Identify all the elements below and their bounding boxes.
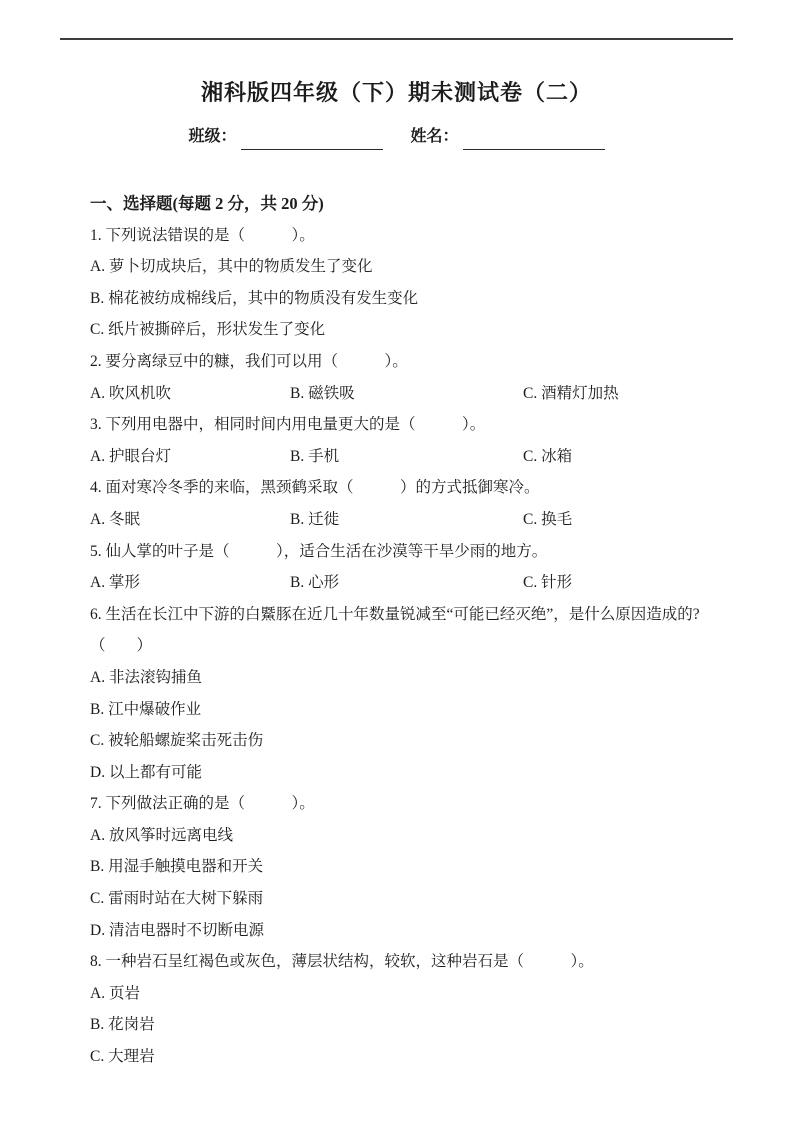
option-item: C. 雷雨时站在大树下躲雨 — [90, 883, 733, 915]
option-item: A. 冬眠 — [90, 504, 290, 536]
question-5: 5. 仙人掌的叶子是（ ），适合生活在沙漠等干旱少雨的地方。 A. 掌形 B. … — [90, 536, 733, 599]
option-item: C. 纸片被撕碎后，形状发生了变化 — [90, 314, 733, 346]
option-item: A. 吹风机吹 — [90, 378, 290, 410]
question-stem: 1. 下列说法错误的是（ ）。 — [90, 220, 733, 252]
option-row: A. 吹风机吹 B. 磁铁吸 C. 酒精灯加热 — [90, 378, 733, 410]
question-stem: 2. 要分离绿豆中的糠，我们可以用（ ）。 — [90, 346, 733, 378]
question-6: 6. 生活在长江中下游的白鱀豚在近几十年数量锐减至“可能已经灭绝”，是什么原因造… — [90, 599, 733, 789]
question-8: 8. 一种岩石呈红褐色或灰色，薄层状结构，较软，这种岩石是（ ）。 A. 页岩 … — [90, 946, 733, 1072]
option-row: A. 冬眠 B. 迁徙 C. 换毛 — [90, 504, 733, 536]
question-stem: 8. 一种岩石呈红褐色或灰色，薄层状结构，较软，这种岩石是（ ）。 — [90, 946, 733, 978]
option-item: A. 掌形 — [90, 567, 290, 599]
option-item: B. 用湿手触摸电器和开关 — [90, 851, 733, 883]
student-info-row: 班级： 姓名： — [0, 124, 793, 150]
option-item: A. 页岩 — [90, 978, 733, 1010]
class-blank-line — [241, 129, 383, 150]
option-item: C. 换毛 — [523, 504, 733, 536]
option-item: A. 萝卜切成块后，其中的物质发生了变化 — [90, 251, 733, 283]
question-stem: 3. 下列用电器中，相同时间内用电量更大的是（ ）。 — [90, 409, 733, 441]
option-item: B. 手机 — [290, 441, 523, 473]
question-stem: 4. 面对寒冷冬季的来临，黑颈鹤采取（ ）的方式抵御寒冷。 — [90, 472, 733, 504]
option-row: A. 掌形 B. 心形 C. 针形 — [90, 567, 733, 599]
name-label: 姓名： — [411, 124, 459, 150]
question-1: 1. 下列说法错误的是（ ）。 A. 萝卜切成块后，其中的物质发生了变化 B. … — [90, 220, 733, 346]
option-item: D. 清洁电器时不切断电源 — [90, 915, 733, 947]
class-field: 班级： — [188, 124, 382, 150]
option-item: B. 心形 — [290, 567, 523, 599]
option-item: C. 针形 — [523, 567, 733, 599]
option-item: C. 被轮船螺旋桨击死击伤 — [90, 725, 733, 757]
option-item: C. 大理岩 — [90, 1041, 733, 1073]
option-item: B. 花岗岩 — [90, 1009, 733, 1041]
question-2: 2. 要分离绿豆中的糠，我们可以用（ ）。 A. 吹风机吹 B. 磁铁吸 C. … — [90, 346, 733, 409]
option-item: B. 江中爆破作业 — [90, 694, 733, 726]
page-top-rule — [60, 38, 733, 40]
question-stem: 7. 下列做法正确的是（ ）。 — [90, 788, 733, 820]
test-body: 一、选择题(每题 2 分，共 20 分) 1. 下列说法错误的是（ ）。 A. … — [90, 188, 733, 1073]
option-row: A. 护眼台灯 B. 手机 C. 冰箱 — [90, 441, 733, 473]
page-title: 湘科版四年级（下）期未测试卷（二） — [0, 78, 793, 108]
option-item: B. 迁徙 — [290, 504, 523, 536]
question-stem: 5. 仙人掌的叶子是（ ），适合生活在沙漠等干旱少雨的地方。 — [90, 536, 733, 568]
name-blank-line — [463, 129, 605, 150]
option-item: A. 护眼台灯 — [90, 441, 290, 473]
class-label: 班级： — [188, 124, 236, 150]
option-item: B. 棉花被纺成棉线后，其中的物质没有发生变化 — [90, 283, 733, 315]
question-3: 3. 下列用电器中，相同时间内用电量更大的是（ ）。 A. 护眼台灯 B. 手机… — [90, 409, 733, 472]
question-stem: 6. 生活在长江中下游的白鱀豚在近几十年数量锐减至“可能已经灭绝”，是什么原因造… — [90, 599, 733, 662]
option-item: A. 放风筝时远离电线 — [90, 820, 733, 852]
section-heading: 一、选择题(每题 2 分，共 20 分) — [90, 188, 733, 220]
question-7: 7. 下列做法正确的是（ ）。 A. 放风筝时远离电线 B. 用湿手触摸电器和开… — [90, 788, 733, 946]
question-4: 4. 面对寒冷冬季的来临，黑颈鹤采取（ ）的方式抵御寒冷。 A. 冬眠 B. 迁… — [90, 472, 733, 535]
option-item: A. 非法滚钩捕鱼 — [90, 662, 733, 694]
name-field: 姓名： — [411, 124, 605, 150]
option-item: D. 以上都有可能 — [90, 757, 733, 789]
option-item: C. 酒精灯加热 — [523, 378, 733, 410]
option-item: C. 冰箱 — [523, 441, 733, 473]
option-item: B. 磁铁吸 — [290, 378, 523, 410]
